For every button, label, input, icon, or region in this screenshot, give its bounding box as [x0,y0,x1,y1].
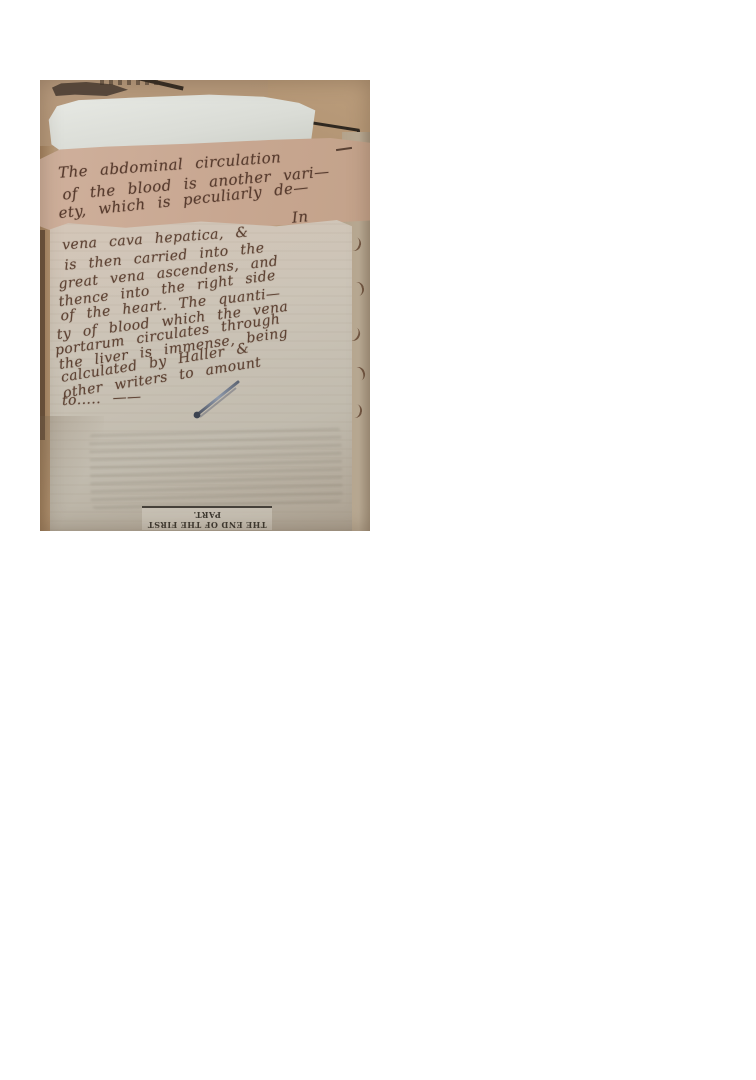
left-dark-edge [40,230,45,440]
corner-fold-shadow [40,416,104,531]
straight-pin-icon [188,376,246,422]
handwritten-fragment-paper: The abdominal circulation of the blood i… [40,138,370,234]
ink-fragment [350,365,367,383]
page-canvas: The abdominal circulation of the blood i… [0,0,756,1080]
verso-showthrough-text [89,427,343,510]
manuscript-photo: The abdominal circulation of the blood i… [40,80,370,531]
ink-fragment [350,281,366,297]
handwritten-line: to..... —— [62,390,142,408]
printed-end-of-part-text: THE END OF THE FIRST PART. [142,506,272,530]
ink-dash [336,147,352,151]
